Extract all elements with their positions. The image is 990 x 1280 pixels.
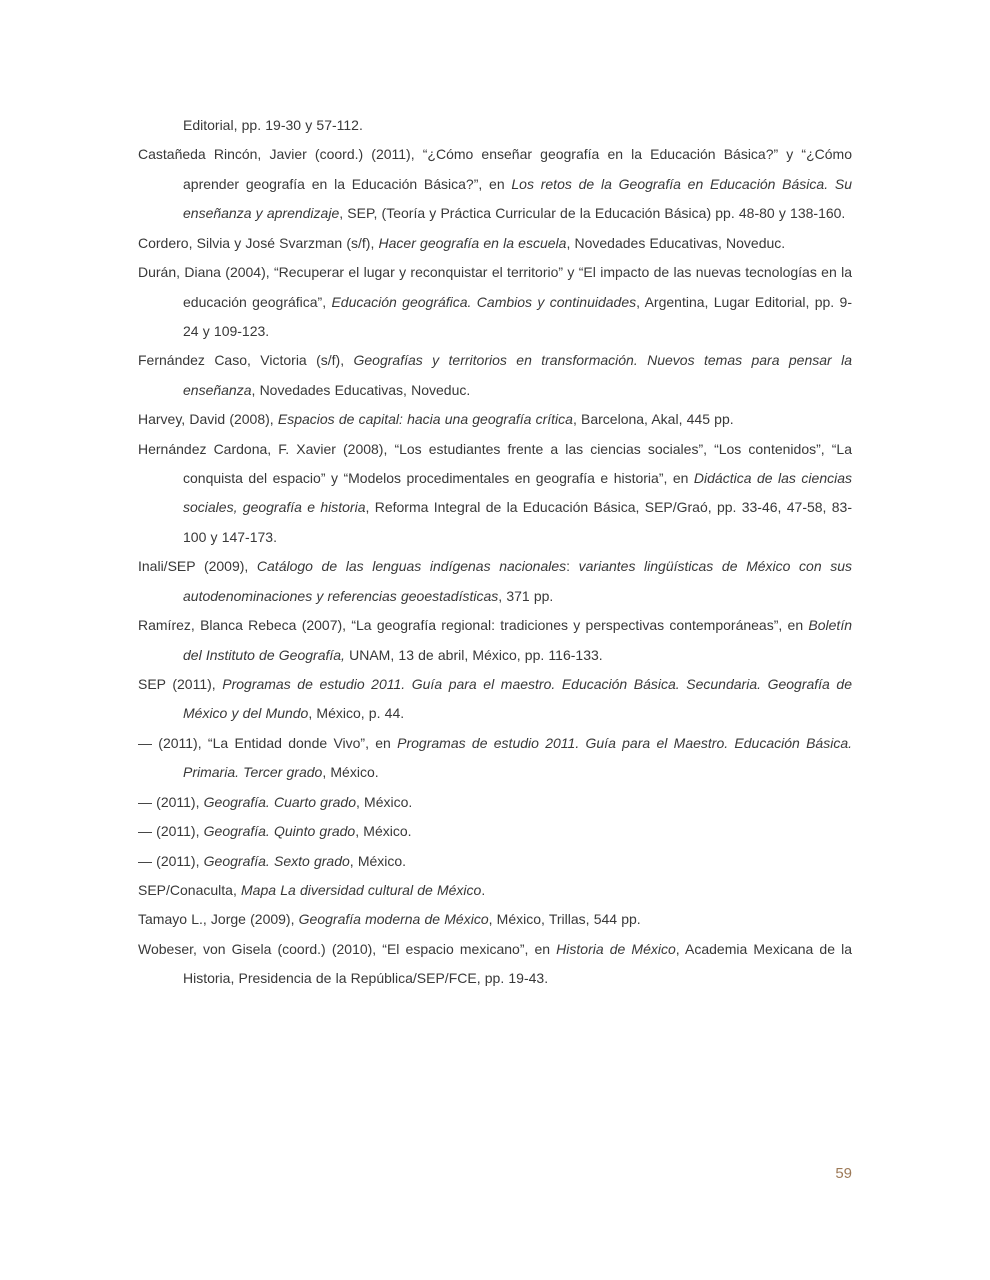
reference-entry: SEP/Conaculta, Mapa La diversidad cultur… [138,876,852,905]
reference-text: , México, Trillas, 544 pp. [489,911,641,927]
reference-title-italic: Catálogo de las lenguas indígenas nacion… [257,558,566,574]
reference-entry: Editorial, pp. 19-30 y 57-112. [138,111,852,140]
reference-text: , Novedades Educativas, Noveduc. [566,235,785,251]
reference-text: Tamayo L., Jorge (2009), [138,911,299,927]
reference-entry: Hernández Cardona, F. Xavier (2008), “Lo… [138,435,852,553]
reference-entry: — (2011), Geografía. Quinto grado, Méxic… [138,817,852,846]
reference-text: , México, p. 44. [308,705,404,721]
reference-text: Inali/SEP (2009), [138,558,257,574]
reference-title-italic: Historia de México [556,941,676,957]
reference-entry: Fernández Caso, Victoria (s/f), Geografí… [138,346,852,405]
document-page: Editorial, pp. 19-30 y 57-112.Castañeda … [0,0,990,1280]
reference-title-italic: Educación geográfica. Cambios y continui… [331,294,636,310]
reference-text: , 371 pp. [498,588,553,604]
reference-title-italic: Espacios de capital: hacia una geografía… [278,411,573,427]
reference-title-italic: Mapa La diversidad cultural de México [241,882,481,898]
reference-text: SEP (2011), [138,676,222,692]
reference-text: — (2011), [138,853,204,869]
reference-title-italic: Geografía. Cuarto grado [204,794,356,810]
reference-entry: Harvey, David (2008), Espacios de capita… [138,405,852,434]
reference-text: : [566,558,579,574]
reference-entry: Cordero, Silvia y José Svarzman (s/f), H… [138,229,852,258]
reference-text: Ramírez, Blanca Rebeca (2007), “La geogr… [138,617,808,633]
reference-text: Harvey, David (2008), [138,411,278,427]
reference-text: Cordero, Silvia y José Svarzman (s/f), [138,235,379,251]
reference-entry: Wobeser, von Gisela (coord.) (2010), “El… [138,935,852,994]
reference-title-italic: Hacer geografía en la escuela [379,235,567,251]
reference-text: UNAM, 13 de abril, México, pp. 116-133. [345,647,603,663]
reference-entry: — (2011), “La Entidad donde Vivo”, en Pr… [138,729,852,788]
reference-entry: Tamayo L., Jorge (2009), Geografía moder… [138,905,852,934]
reference-entry: Castañeda Rincón, Javier (coord.) (2011)… [138,140,852,228]
reference-title-italic: Geografía. Sexto grado [204,853,350,869]
reference-text: Editorial, pp. 19-30 y 57-112. [183,117,363,133]
reference-title-italic: Programas de estudio 2011. Guía para el … [183,676,852,721]
reference-text: — (2011), [138,794,204,810]
reference-text: Wobeser, von Gisela (coord.) (2010), “El… [138,941,556,957]
reference-text: , SEP, (Teoría y Práctica Curricular de … [339,205,845,221]
reference-entry: — (2011), Geografía. Sexto grado, México… [138,847,852,876]
reference-entry: Durán, Diana (2004), “Recuperar el lugar… [138,258,852,346]
page-number: 59 [138,1163,852,1185]
reference-text: , Barcelona, Akal, 445 pp. [573,411,734,427]
reference-text: , México. [350,853,406,869]
reference-text: — (2011), [138,823,204,839]
reference-text: , México. [356,794,412,810]
reference-text: . [481,882,485,898]
reference-text: , Novedades Educativas, Noveduc. [252,382,471,398]
reference-text: , México. [355,823,411,839]
reference-text: SEP/Conaculta, [138,882,241,898]
reference-title-italic: Geografía. Quinto grado [204,823,356,839]
references-list: Editorial, pp. 19-30 y 57-112.Castañeda … [138,111,852,994]
reference-entry: — (2011), Geografía. Cuarto grado, Méxic… [138,788,852,817]
reference-text: — (2011), “La Entidad donde Vivo”, en [138,735,397,751]
reference-entry: SEP (2011), Programas de estudio 2011. G… [138,670,852,729]
reference-text: , México. [322,764,378,780]
reference-entry: Inali/SEP (2009), Catálogo de las lengua… [138,552,852,611]
reference-title-italic: Geografía moderna de México [299,911,489,927]
reference-text: Fernández Caso, Victoria (s/f), [138,352,354,368]
reference-entry: Ramírez, Blanca Rebeca (2007), “La geogr… [138,611,852,670]
